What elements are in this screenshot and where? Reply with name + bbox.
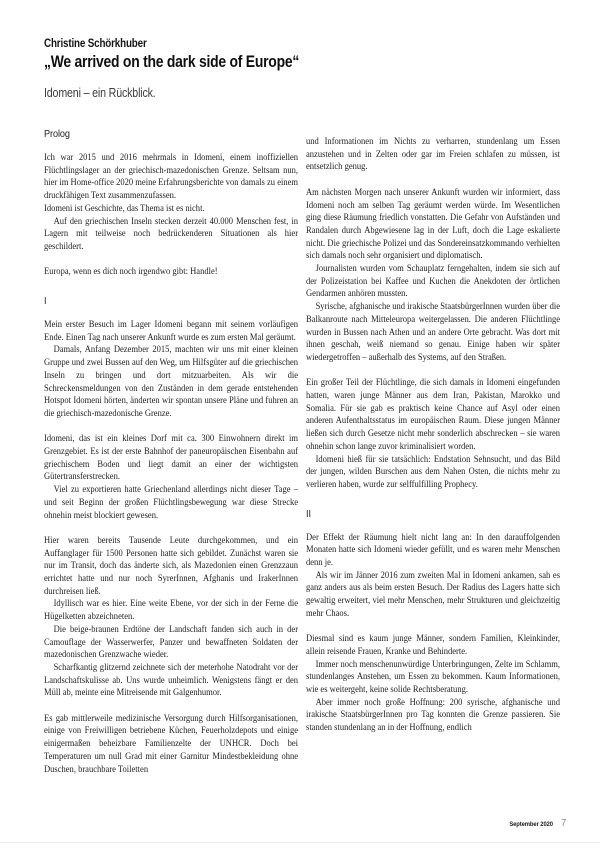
paragraph: Mein erster Besuch im Lager Idomeni bega…: [44, 319, 298, 344]
paragraph: Der Effekt der Räumung hielt nicht lang …: [306, 532, 560, 570]
paragraph: Aber immer noch große Hoffnung: 200 syri…: [306, 697, 560, 735]
paragraph: Syrische, afghanische und irakische Staa…: [306, 301, 560, 365]
paragraph: Scharfkantig glitzernd zeichnete sich de…: [44, 662, 298, 700]
page-edge-line: [0, 842, 600, 843]
paragraph: Die beige-braunen Erdtöne der Landschaft…: [44, 624, 298, 662]
issue-date: September 2020: [509, 821, 553, 828]
paragraph: Diesmal sind es kaum junge Männer, sonde…: [306, 633, 560, 658]
paragraph: Hier waren bereits Tausende Leute durchg…: [44, 535, 298, 599]
page-footer: September 2020 7: [509, 817, 566, 829]
paragraph: Idomeni ist Geschichte, das Thema ist es…: [44, 203, 298, 216]
paragraph: und Informationen im Nichts zu verharren…: [306, 136, 560, 174]
column-right: und Informationen im Nichts zu verharren…: [306, 136, 560, 822]
paragraph: Ich war 2015 und 2016 mehrmals in Idomen…: [44, 152, 298, 203]
paragraph: Viel zu exportieren hatte Griechenland a…: [44, 484, 298, 522]
paragraph: Ein großer Teil der Flüchtlinge, die sic…: [306, 377, 560, 453]
section-heading: Prolog: [44, 128, 298, 140]
article-header: Christine Schörkhuber „We arrived on the…: [44, 36, 503, 100]
article-author: Christine Schörkhuber: [44, 36, 503, 51]
paragraph: Als wir im Jänner 2016 zum zweiten Mal i…: [306, 570, 560, 621]
paragraph: Damals, Anfang Dezember 2015, machten wi…: [44, 344, 298, 420]
paragraph: Am nächsten Morgen nach unserer Ankunft …: [306, 187, 560, 263]
paragraph: Europa, wenn es dich noch irgendwo gibt:…: [44, 266, 298, 279]
paragraph: Auf den griechischen Inseln stecken derz…: [44, 216, 298, 254]
column-left: PrologIch war 2015 und 2016 mehrmals in …: [44, 128, 298, 822]
section-heading: II: [306, 508, 560, 520]
article-subtitle: Idomeni – ein Rückblick.: [44, 85, 503, 100]
paragraph: Idomeni hieß für sie tatsächlich: Endsta…: [306, 454, 560, 492]
paragraph: Immer noch menschenunwürdige Unterbringu…: [306, 659, 560, 697]
paragraph: Journalisten wurden vom Schauplatz ferng…: [306, 263, 560, 301]
section-heading: I: [44, 295, 298, 307]
paragraph: Idyllisch war es hier. Eine weite Ebene,…: [44, 598, 298, 623]
paragraph: Idomeni, das ist ein kleines Dorf mit ca…: [44, 433, 298, 484]
article-title: „We arrived on the dark side of Europe“: [44, 52, 503, 72]
magazine-page: Christine Schörkhuber „We arrived on the…: [0, 0, 600, 849]
page-number: 7: [561, 817, 566, 829]
paragraph: Es gab mittlerweile medizinische Versorg…: [44, 713, 298, 777]
